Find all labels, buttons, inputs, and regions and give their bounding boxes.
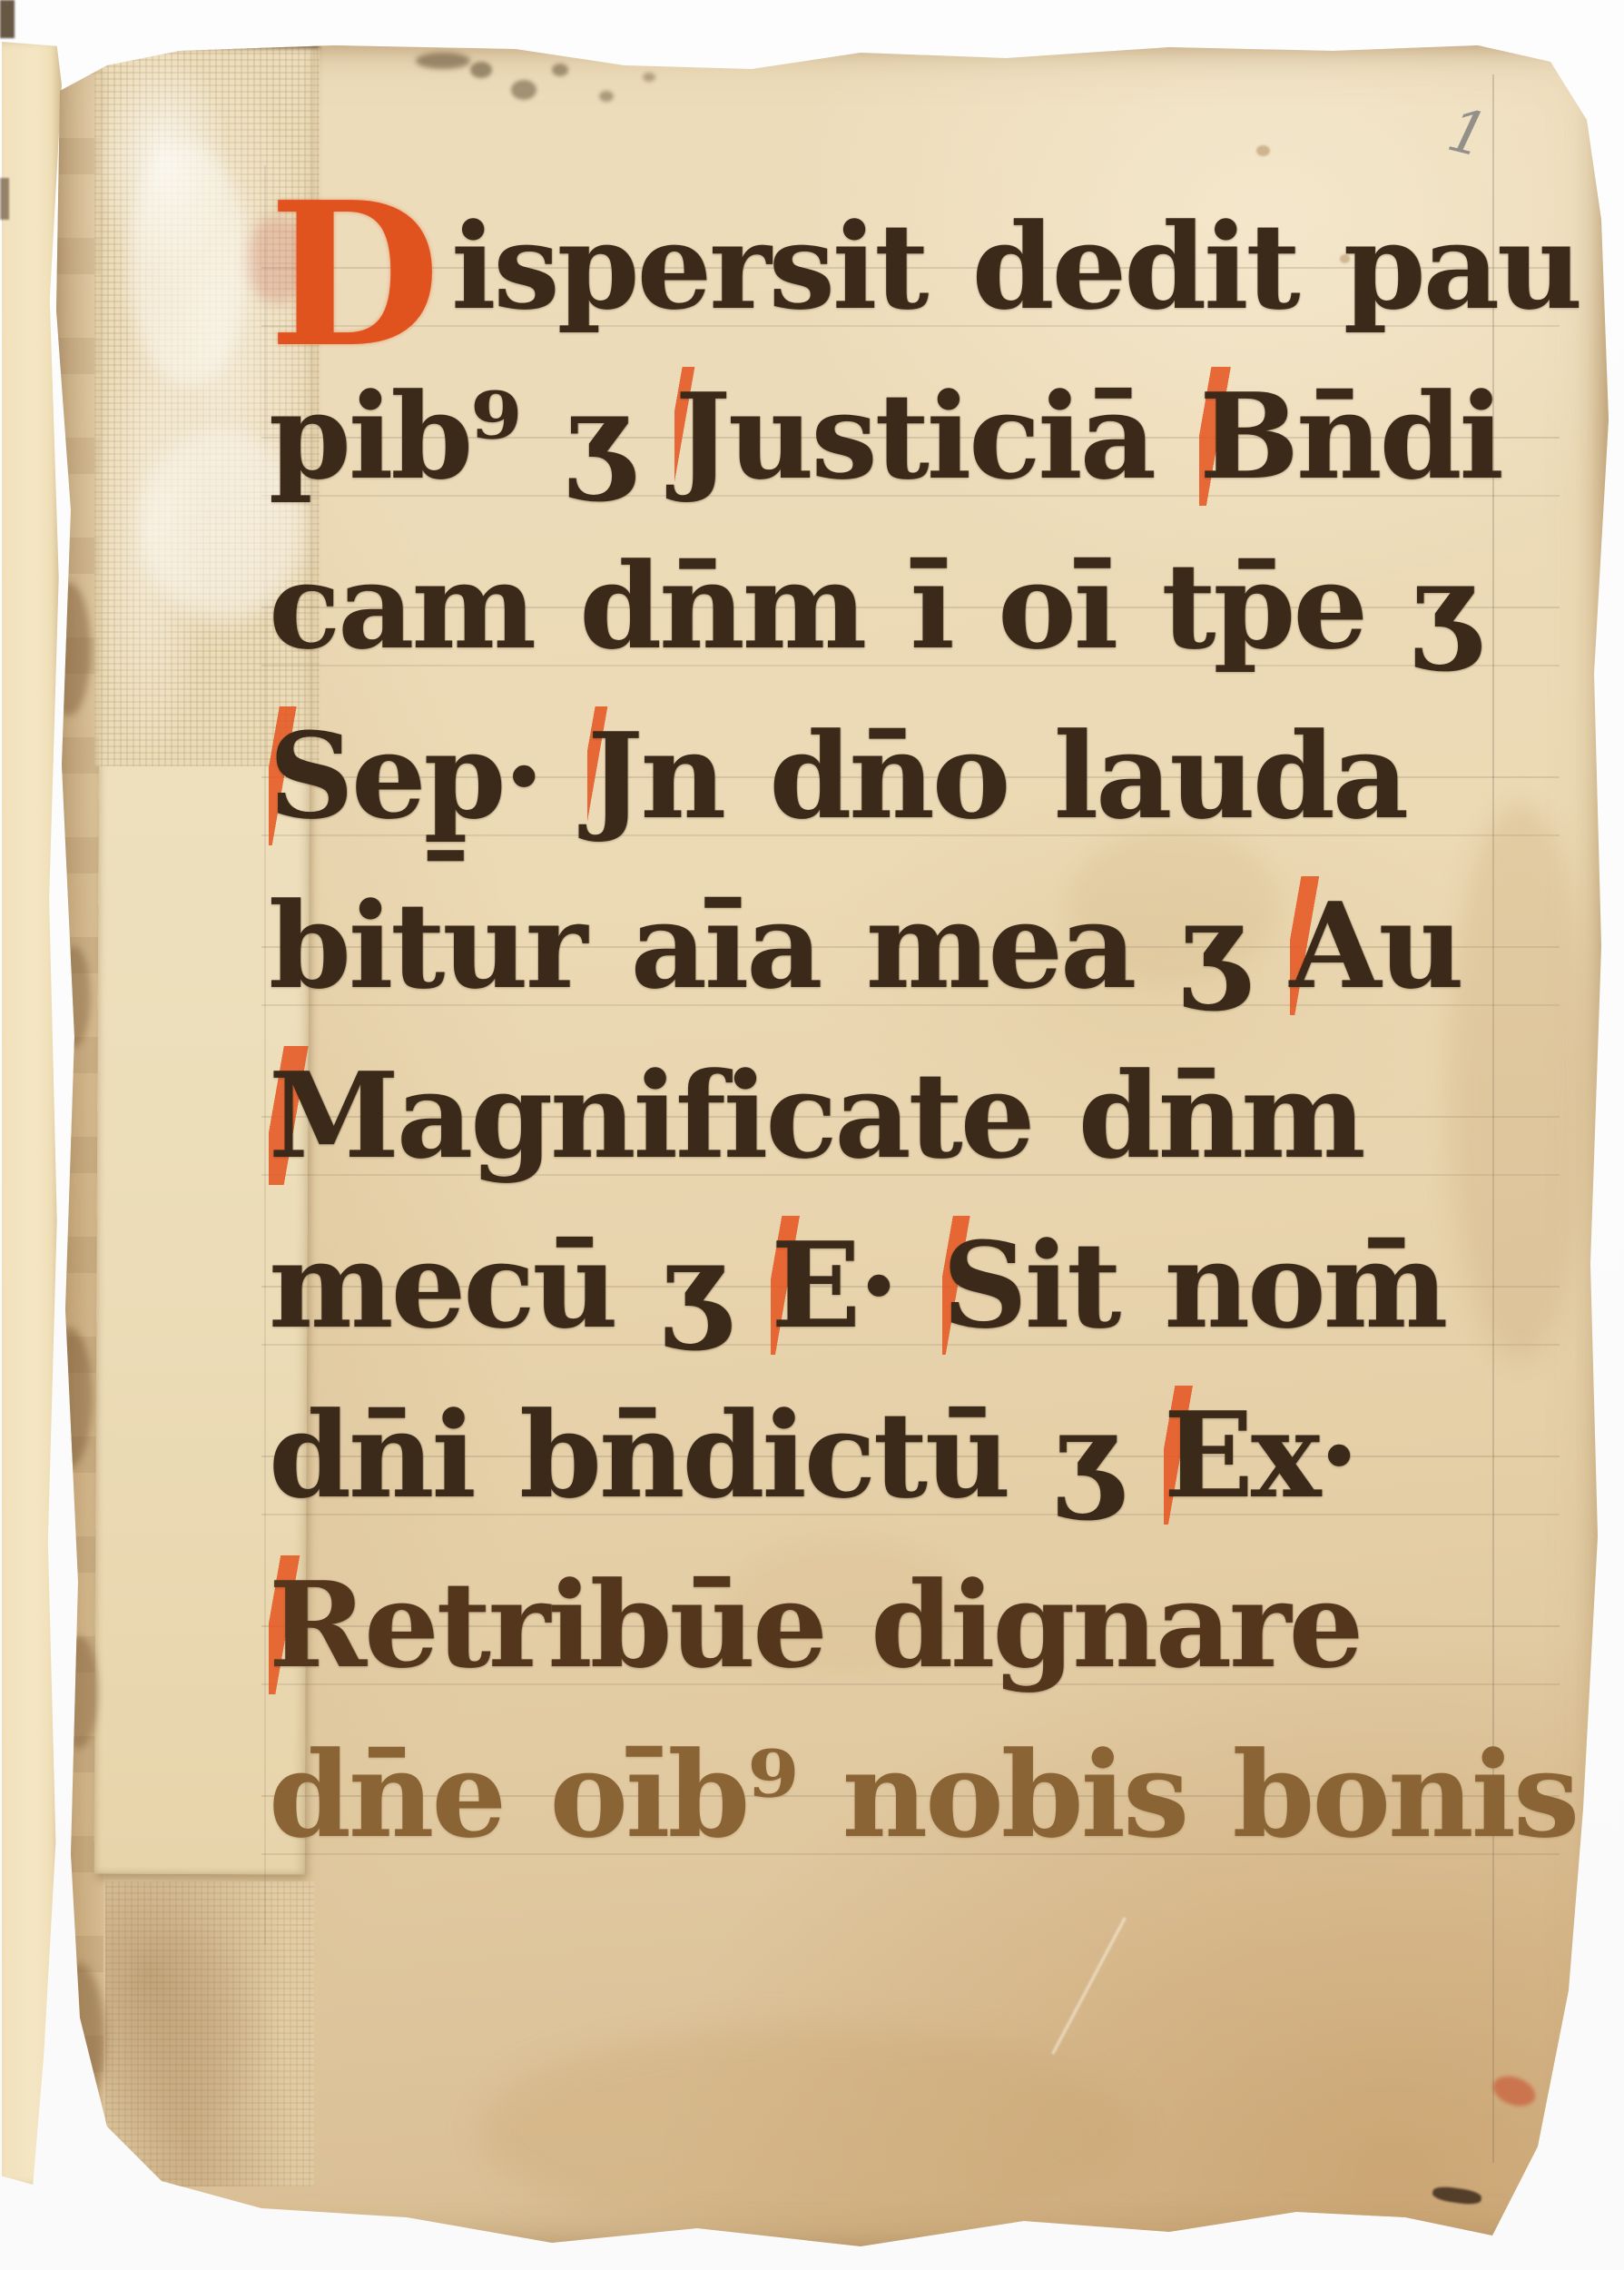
binding-edge-sliver bbox=[0, 178, 9, 220]
text-segment: mecū ʒ bbox=[269, 1216, 771, 1355]
folio-number: 1 bbox=[1442, 100, 1494, 167]
text-line: Magnificate dn̄m bbox=[269, 1031, 1576, 1200]
text-segment: E bbox=[771, 1216, 858, 1355]
text-segment: R bbox=[269, 1555, 364, 1694]
text-line: mecū ʒ E· Sit nom̄ bbox=[269, 1200, 1576, 1370]
stain bbox=[599, 91, 614, 102]
text-line: Dispersit dedit pau bbox=[269, 182, 1576, 351]
photo-canvas: 1 Dispersit dedit pau pib⁹ ʒ Justiciā Bn… bbox=[0, 0, 1624, 2270]
text-segment: S bbox=[942, 1216, 1025, 1355]
stain bbox=[416, 53, 470, 69]
text-line: Retribūe dignare bbox=[269, 1540, 1576, 1710]
text-segment: J bbox=[674, 367, 728, 506]
text-segment: bitur aīa mea ʒ bbox=[269, 876, 1290, 1015]
text-block: Dispersit dedit pau pib⁹ ʒ Justiciā Bn̄d… bbox=[269, 182, 1576, 1880]
text-segment: n dn̄o lauda bbox=[641, 706, 1406, 845]
text-segment: E bbox=[1164, 1386, 1251, 1525]
text-segment: B bbox=[1199, 367, 1296, 506]
text-segment: n̄di bbox=[1296, 367, 1501, 506]
text-line: bitur aīa mea ʒ Au bbox=[269, 861, 1576, 1031]
text-segment: dn̄i bn̄dictū ʒ bbox=[269, 1386, 1164, 1525]
text-line: pib⁹ ʒ Justiciā Bn̄di bbox=[269, 351, 1576, 521]
gauze-remnant-lower bbox=[105, 1881, 314, 2186]
crease-mark bbox=[1051, 1917, 1126, 2055]
text-line: dn̄e oīb⁹ nobis bonis bbox=[269, 1710, 1576, 1880]
text-segment: M bbox=[269, 1046, 397, 1185]
text-segment: cam dn̄m ī oī tp̄e ʒ bbox=[269, 537, 1475, 676]
text-segment: ep̱· bbox=[351, 706, 587, 845]
text-segment: agnificate dn̄m bbox=[397, 1046, 1363, 1185]
text-segment: it nom̄ bbox=[1025, 1216, 1445, 1355]
red-pigment-smudge bbox=[1489, 2071, 1539, 2112]
foxing-spot bbox=[1256, 145, 1270, 156]
text-segment: usticiā bbox=[728, 367, 1199, 506]
text-segment: etribūe dignare bbox=[364, 1555, 1361, 1694]
text-segment: pib⁹ ʒ bbox=[269, 367, 674, 506]
flyleaf-edge bbox=[2, 42, 62, 2185]
stain bbox=[511, 80, 536, 100]
manuscript-page: 1 Dispersit dedit pau pib⁹ ʒ Justiciā Bn… bbox=[44, 38, 1612, 2259]
text-segment: ispersit dedit pau bbox=[451, 197, 1580, 336]
text-segment: J bbox=[587, 706, 641, 845]
stain bbox=[552, 64, 568, 76]
binding-edge-sliver bbox=[0, 0, 15, 38]
text-line: Sep̱· Jn dn̄o lauda bbox=[269, 691, 1576, 861]
text-line: dn̄i bn̄dictū ʒ Ex· bbox=[269, 1370, 1576, 1540]
text-line: cam dn̄m ī oī tp̄e ʒ bbox=[269, 521, 1576, 691]
ink-fleck bbox=[1432, 2185, 1482, 2206]
text-segment: u bbox=[1378, 876, 1462, 1015]
vertical-ruling-line bbox=[264, 165, 266, 1945]
text-segment: S bbox=[269, 706, 351, 845]
text-segment: dn̄e oīb⁹ nobis bonis bbox=[269, 1725, 1577, 1864]
text-segment: · bbox=[858, 1216, 942, 1355]
text-segment: A bbox=[1290, 876, 1379, 1015]
stain bbox=[470, 62, 492, 78]
stain bbox=[643, 73, 655, 82]
stain bbox=[479, 2027, 1133, 2235]
text-segment: x· bbox=[1251, 1386, 1357, 1525]
